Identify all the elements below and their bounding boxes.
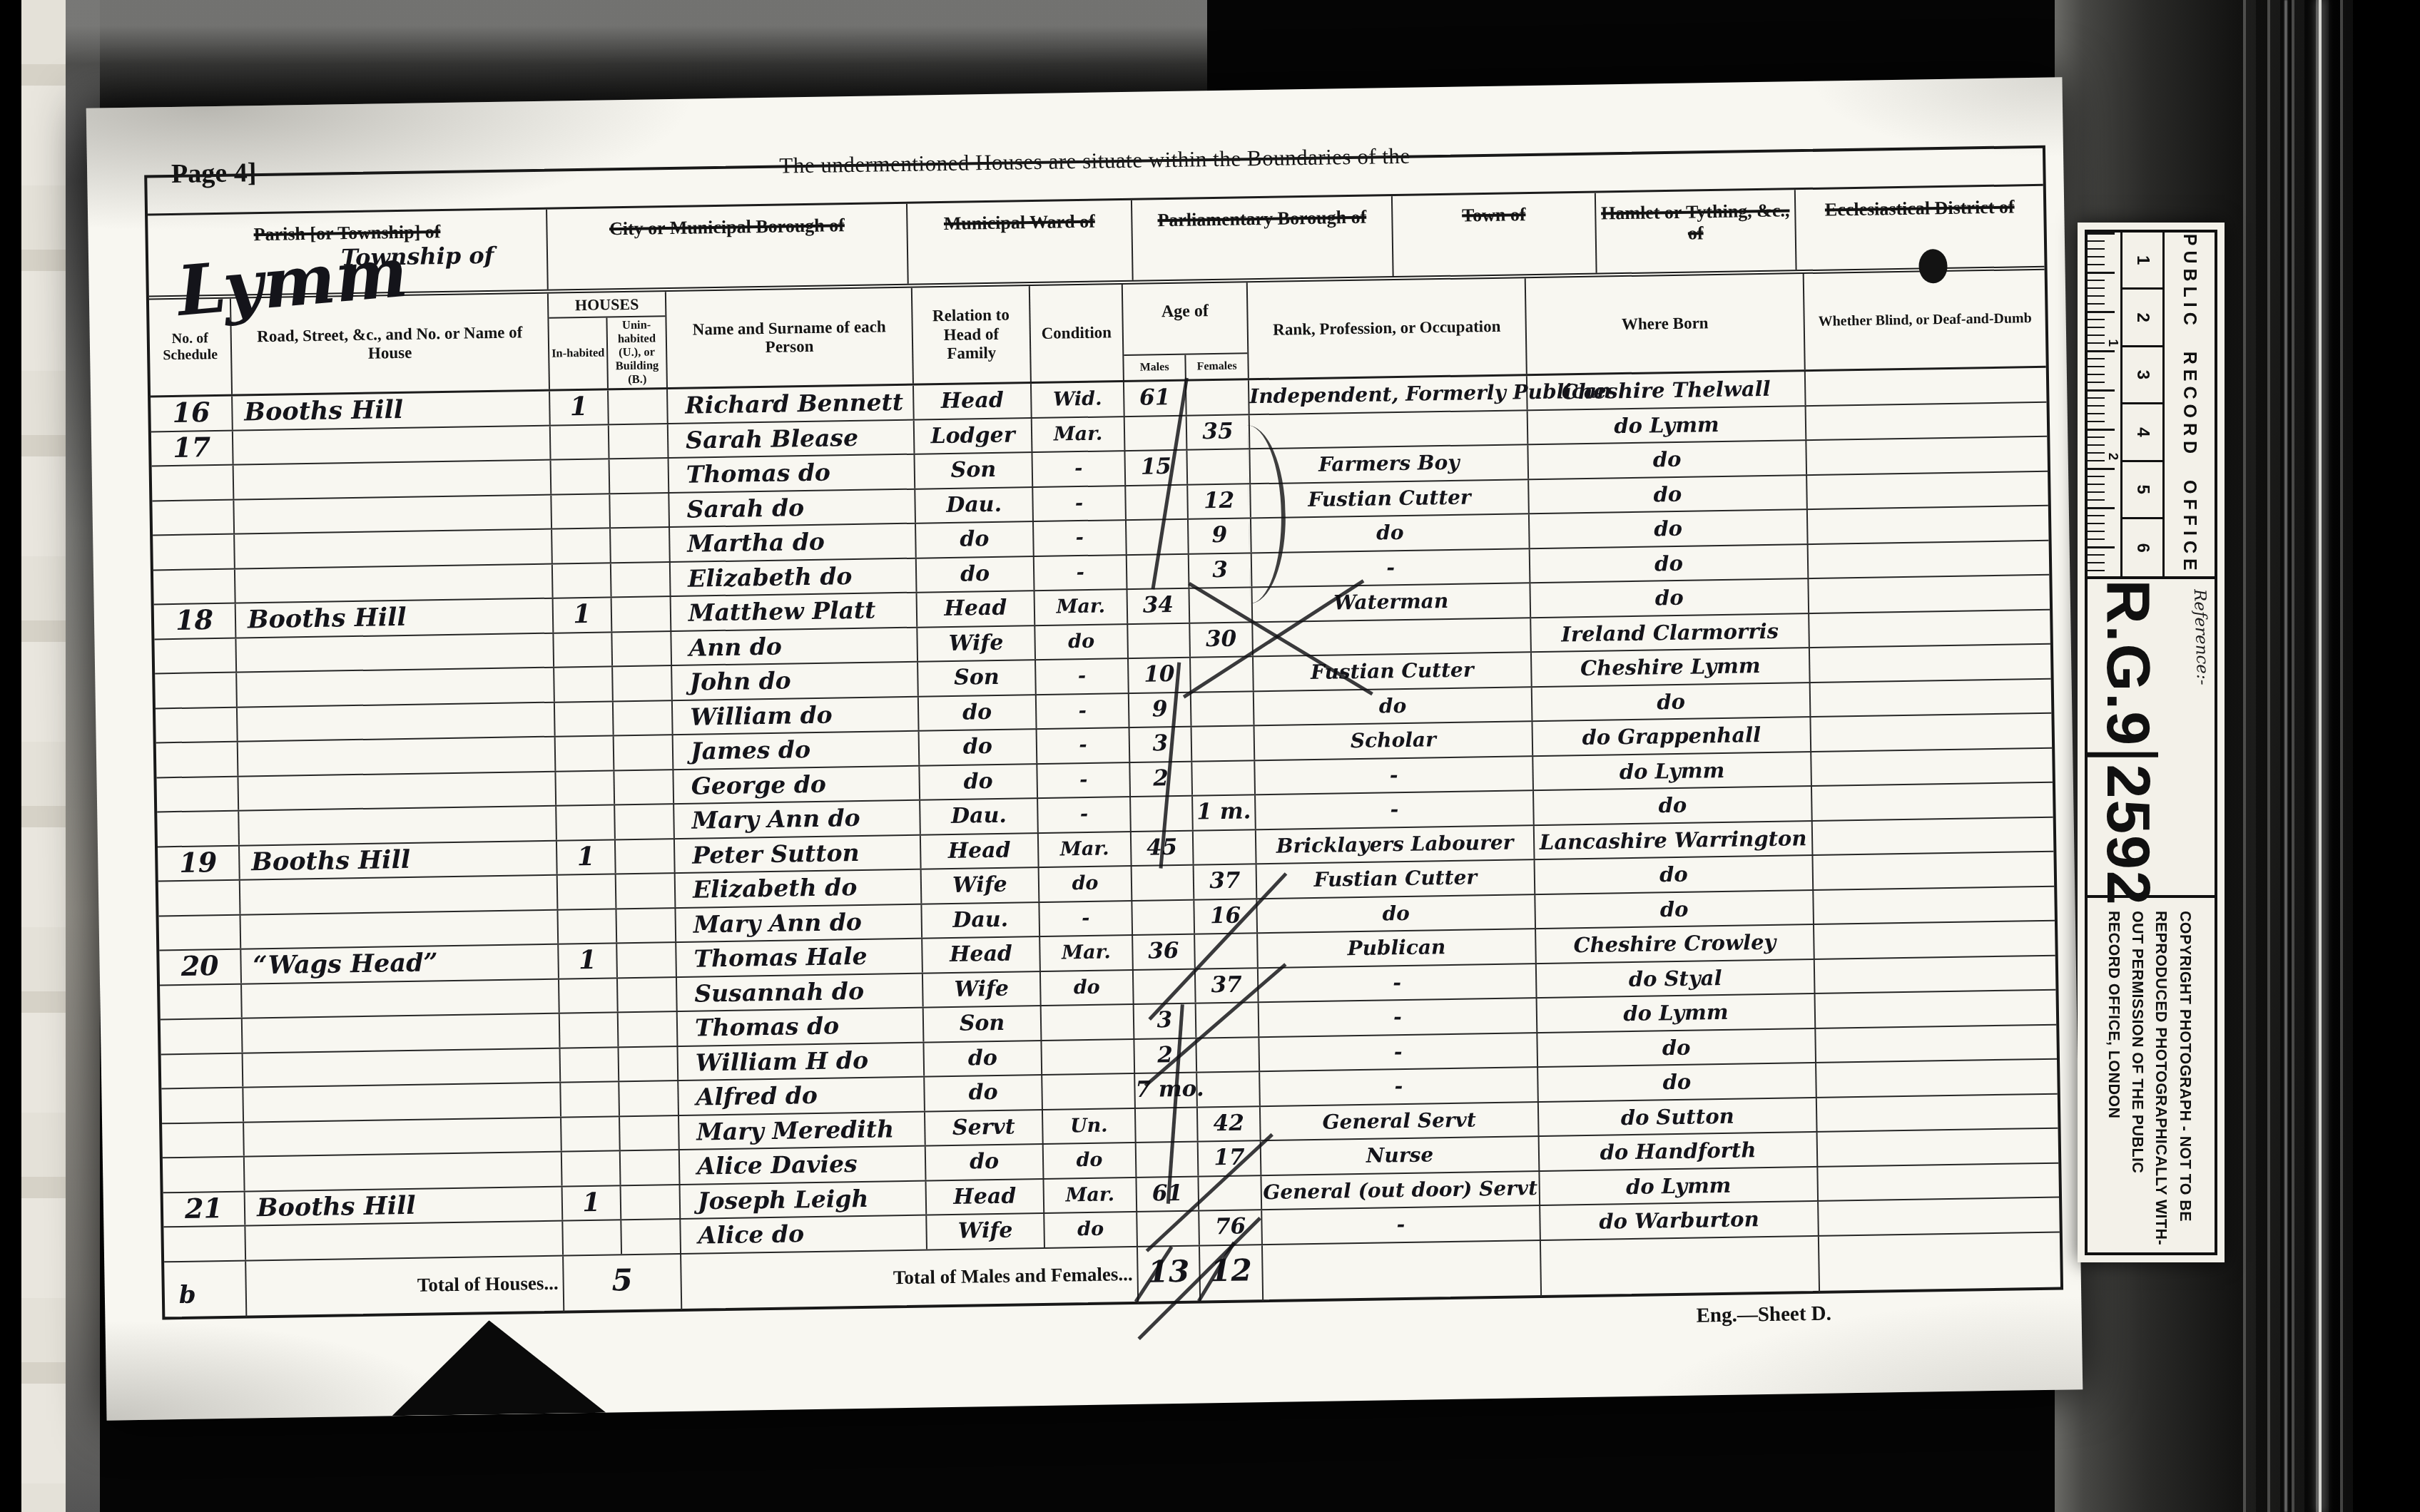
cell-age-female <box>1197 1072 1261 1106</box>
cell-age-male <box>1136 1108 1199 1142</box>
copyright-line: REPRODUCED PHOTOGRAPHICALLY WITH- <box>2149 911 2172 1245</box>
cell-age-male: 36 <box>1133 935 1196 969</box>
cell-schedule <box>158 881 241 915</box>
cell-schedule: 17 <box>151 431 234 465</box>
cell-condition: Un. <box>1043 1108 1137 1143</box>
ruler-number: 1 <box>2122 233 2162 290</box>
cell-age-male: 15 <box>1125 451 1188 485</box>
cell-road <box>235 530 553 568</box>
cell-where-born: do Styal <box>1537 959 1816 997</box>
cell-road <box>243 1048 561 1086</box>
cell-age-female <box>1196 1038 1260 1072</box>
cell-schedule <box>152 466 235 500</box>
cell-uninhabited <box>618 978 678 1012</box>
cell-name: Ann do <box>671 628 918 665</box>
cell-where-born: do Handforth <box>1540 1133 1819 1170</box>
cell-name: Alice do <box>681 1216 927 1253</box>
cell-age-female <box>1192 761 1256 795</box>
cell-age-female <box>1191 692 1255 726</box>
ruler-number: 2 <box>2122 290 2162 347</box>
cell-condition: - <box>1037 728 1131 763</box>
cell-age-male: 7 mo. <box>1135 1073 1198 1108</box>
cell-schedule <box>156 708 238 742</box>
cell-road <box>237 668 555 706</box>
cell-schedule <box>153 535 235 569</box>
cell-condition <box>1042 1039 1135 1074</box>
cell-occupation: - <box>1255 757 1534 795</box>
cell-blind <box>1810 645 2051 682</box>
cell-blind <box>1807 471 2048 509</box>
total-males-value: 13 <box>1138 1246 1201 1302</box>
cell-where-born: do <box>1535 856 1814 894</box>
reference-caption: Reference:- <box>2190 589 2212 685</box>
cell-condition: - <box>1036 659 1129 694</box>
cell-uninhabited <box>621 1150 681 1185</box>
cell-inhabited <box>556 771 615 805</box>
cell-condition: - <box>1034 556 1128 591</box>
cell-schedule <box>154 638 237 673</box>
cell-where-born: do <box>1534 787 1813 824</box>
cell-inhabited: 1 <box>550 390 609 424</box>
cell-occupation: do <box>1251 514 1530 552</box>
cell-age-female: 9 <box>1189 519 1252 553</box>
township-name-handwriting: Lymm <box>175 238 410 326</box>
cell-uninhabited <box>619 1081 679 1115</box>
cell-condition: do <box>1041 970 1134 1005</box>
cell-uninhabited <box>611 528 671 562</box>
cell-where-born: do Grappenhall <box>1532 717 1811 755</box>
cell-schedule <box>163 1227 246 1261</box>
cell-inhabited <box>554 633 613 667</box>
cell-inhabited <box>556 805 616 839</box>
cell-road <box>238 772 556 809</box>
cell-schedule <box>161 1088 244 1123</box>
cell-name: Peter Sutton <box>675 835 922 872</box>
cell-uninhabited <box>611 563 671 597</box>
header-name: Name and Surname of each Person <box>666 288 914 388</box>
cell-uninhabited <box>610 494 670 528</box>
cell-condition: Mar. <box>1035 590 1129 625</box>
cell-relation: Son <box>915 453 1033 488</box>
cell-schedule <box>152 500 235 534</box>
cell-road <box>238 737 556 775</box>
cell-uninhabited <box>616 874 676 908</box>
cell-occupation: - <box>1256 791 1535 829</box>
cell-relation: Lodger <box>915 419 1033 454</box>
cell-where-born: Ireland Clarmorris <box>1531 614 1810 652</box>
cell-schedule <box>153 569 236 603</box>
cell-name: Thomas do <box>669 455 916 492</box>
cell-uninhabited <box>609 424 669 459</box>
cell-where-born: Cheshire Thelwall <box>1527 372 1806 409</box>
cell-blind <box>1816 991 2057 1028</box>
cell-condition: - <box>1038 797 1132 832</box>
cell-road <box>242 979 560 1017</box>
cell-occupation: - <box>1260 1068 1539 1105</box>
cell-age-male <box>1132 866 1195 900</box>
microfilm-scan: { "film": { "label": { "office_name": "P… <box>0 0 2420 1512</box>
cell-road <box>238 703 556 740</box>
cell-schedule <box>155 673 238 708</box>
ruler-number: 5 <box>2122 462 2162 519</box>
cell-age-male: 34 <box>1128 589 1191 623</box>
cell-age-female <box>1194 830 1257 864</box>
cell-occupation: Publican <box>1258 929 1537 967</box>
cell-name: George do <box>673 766 920 803</box>
cell-occupation: Waterman <box>1252 583 1531 621</box>
cell-blind <box>1806 437 2048 474</box>
cell-blind <box>1818 1163 2059 1200</box>
cell-where-born: do <box>1528 441 1807 479</box>
district-parish: Parish [or Township] of Township of Lymm <box>148 210 549 296</box>
film-scratch-line <box>2319 0 2322 1512</box>
cell-name: William do <box>673 697 920 734</box>
cell-name: Thomas do <box>678 1008 925 1046</box>
cell-schedule: 20 <box>159 950 242 984</box>
cell-uninhabited <box>610 459 670 493</box>
cell-age-male: 3 <box>1134 1004 1197 1038</box>
cell-where-born: do <box>1530 510 1809 548</box>
cell-where-born: do <box>1532 683 1811 721</box>
cell-condition: Mar. <box>1032 417 1126 452</box>
cell-road <box>240 876 559 914</box>
cell-blind <box>1809 576 2050 613</box>
cell-schedule <box>159 915 242 949</box>
copyright-line: OUT PERMISSION OF THE PUBLIC <box>2125 911 2149 1245</box>
cell-occupation: Independent, Formerly Publican <box>1249 376 1528 414</box>
cell-where-born: do Lymm <box>1537 994 1816 1032</box>
cell-age-female <box>1186 380 1250 414</box>
cell-relation: Head <box>917 591 1036 626</box>
district-ward: Municipal Ward of <box>907 200 1134 284</box>
cell-schedule <box>163 1158 245 1192</box>
cell-age-male <box>1132 900 1195 934</box>
cell-age-male <box>1134 969 1196 1003</box>
cell-name: Sarah Blease <box>668 420 915 457</box>
cell-name: Richard Bennett <box>668 386 915 423</box>
cell-age-male: 2 <box>1130 762 1193 796</box>
film-scratch-streaks <box>2232 0 2360 1512</box>
district-borough: City or Municipal Borough of <box>547 204 909 290</box>
cell-inhabited: 1 <box>559 944 618 978</box>
district-hamlet: Hamlet or Tything, &c., of <box>1596 190 1797 272</box>
cell-where-born: do <box>1529 476 1808 514</box>
cell-blind <box>1808 506 2049 543</box>
total-houses-label: Total of Houses... <box>246 1256 564 1317</box>
cell-occupation: - <box>1259 998 1538 1036</box>
cell-occupation <box>1250 411 1529 449</box>
cell-road <box>239 807 557 844</box>
cell-occupation: - <box>1252 549 1531 587</box>
ruler-number: 6 <box>2122 519 2162 576</box>
cell-relation: Dau. <box>922 903 1040 938</box>
cell-inhabited <box>556 736 615 770</box>
district-town: Town of <box>1393 193 1597 276</box>
cell-occupation: Scholar <box>1255 722 1534 760</box>
cell-inhabited <box>559 979 619 1013</box>
cell-road: Booths Hill <box>236 599 554 637</box>
cell-schedule <box>156 777 239 811</box>
margin-mark: b <box>164 1261 247 1318</box>
cell-age-female: 12 <box>1188 484 1251 519</box>
cell-occupation: General Servt <box>1261 1103 1540 1140</box>
cell-where-born: do Lymm <box>1540 1167 1819 1205</box>
cell-occupation: Fustian Cutter <box>1254 653 1532 690</box>
cell-blind <box>1819 1198 2060 1235</box>
pro-label-content: PUBLIC RECORD OFFICE 123456 12 Reference… <box>2085 230 2217 1255</box>
header-uninhabited: Unin-habited (U.), or Building (B.) <box>607 317 666 388</box>
ruler-small-number: 2 <box>2105 453 2120 461</box>
cell-relation: Servt <box>925 1110 1044 1145</box>
cell-inhabited <box>561 1082 620 1116</box>
cell-age-male <box>1128 623 1191 658</box>
cell-relation: Dau. <box>915 488 1034 523</box>
cell-occupation: - <box>1262 1206 1541 1244</box>
cell-where-born: do <box>1535 890 1814 928</box>
cell-occupation: Fustian Cutter <box>1251 480 1530 518</box>
cell-road: Booths Hill <box>245 1187 564 1225</box>
ruler-cells: 123456 <box>2120 233 2165 576</box>
cell-relation: Son <box>924 1006 1042 1041</box>
cell-uninhabited <box>619 1012 678 1046</box>
header-blind: Whether Blind, or Deaf-and-Dumb <box>1804 270 2046 369</box>
cell-name: James do <box>673 732 920 769</box>
census-table: Parish [or Township] of Township of Lymm… <box>144 145 2063 1320</box>
total-females-value: 12 <box>1200 1245 1264 1302</box>
cell-blind <box>1806 402 2048 439</box>
cell-road <box>244 1118 562 1155</box>
cell-occupation: Farmers Boy <box>1250 445 1529 483</box>
cell-age-female: 35 <box>1187 415 1251 449</box>
cell-road <box>234 495 552 533</box>
cell-blind <box>1815 956 2056 993</box>
ruler-small-number: 1 <box>2105 339 2120 347</box>
cell-uninhabited <box>609 389 668 424</box>
cell-relation: do <box>924 1041 1042 1076</box>
cell-uninhabited <box>612 597 672 631</box>
cell-road <box>243 1083 561 1121</box>
cell-inhabited: 1 <box>554 598 613 632</box>
cell-condition: Wid. <box>1032 382 1125 417</box>
cell-uninhabited <box>621 1220 681 1254</box>
cell-inhabited <box>560 1013 619 1047</box>
cell-condition: Mar. <box>1039 832 1132 867</box>
total-males-females-label: Total of Males and Females... <box>681 1247 1139 1309</box>
cell-inhabited <box>551 425 610 459</box>
cell-schedule <box>161 1053 244 1088</box>
cell-age-female <box>1192 726 1256 760</box>
cell-blind <box>1816 1060 2058 1097</box>
copyright-text: COPYRIGHT PHOTOGRAPH - NOT TO BEREPRODUC… <box>2088 898 2215 1252</box>
header-age-females: Females <box>1186 354 1248 379</box>
cell-condition <box>1042 1074 1136 1109</box>
cell-inhabited <box>551 494 611 528</box>
cell-age-female: 3 <box>1189 553 1253 588</box>
cell-relation: Dau. <box>920 799 1039 834</box>
district-parliamentary: Parliamentary Borough of <box>1132 196 1394 280</box>
cell-blind <box>1814 921 2055 959</box>
ruler-number: 4 <box>2122 404 2162 461</box>
cell-relation: do <box>925 1076 1043 1110</box>
cell-condition: - <box>1034 521 1127 556</box>
cell-relation: Wife <box>922 868 1040 903</box>
cell-age-female: 76 <box>1199 1210 1263 1245</box>
cell-relation: Head <box>921 834 1039 869</box>
cell-age-male: 61 <box>1124 382 1187 416</box>
cell-inhabited: 1 <box>557 840 616 874</box>
cell-occupation: Bricklayers Labourer <box>1256 826 1535 864</box>
cell-schedule: 16 <box>151 397 233 431</box>
cell-uninhabited <box>615 804 675 839</box>
cell-occupation: - <box>1259 964 1537 1002</box>
cell-uninhabited <box>621 1185 681 1219</box>
cell-age-male: 9 <box>1129 693 1192 727</box>
header-age: Age of Males Females <box>1123 282 1249 380</box>
film-edge-black <box>0 0 21 1512</box>
cell-condition: do <box>1044 1212 1138 1247</box>
cell-inhabited <box>558 909 617 944</box>
header-inhabited: In-habited <box>549 318 609 389</box>
header-houses: HOUSES In-habited Unin-habited (U.), or … <box>549 292 668 389</box>
reference-number: R.G.9|2592 <box>2098 579 2159 895</box>
paper-tear <box>390 1319 606 1416</box>
cell-blind <box>1811 748 2053 785</box>
cell-inhabited <box>552 528 611 563</box>
cell-name: Matthew Platt <box>671 593 918 630</box>
cell-uninhabited <box>616 909 676 943</box>
cell-schedule <box>161 1019 243 1053</box>
cell-condition: - <box>1039 901 1133 936</box>
cell-occupation: General (out door) Servt <box>1261 1172 1540 1210</box>
cell-condition: do <box>1039 867 1133 901</box>
cell-inhabited <box>558 874 617 909</box>
cell-blind <box>1809 610 2050 647</box>
cell-occupation: Fustian Cutter <box>1257 860 1536 898</box>
cell-where-born: do <box>1530 545 1809 583</box>
film-edge-white-strip <box>21 0 66 1512</box>
cell-blind <box>1817 1094 2058 1131</box>
cell-relation: do <box>920 730 1038 765</box>
cell-relation: do <box>926 1145 1044 1180</box>
copyright-line: RECORD OFFICE, LONDON <box>2101 911 2125 1245</box>
cell-where-born: do Warburton <box>1540 1202 1819 1240</box>
cell-condition: - <box>1032 451 1126 486</box>
cell-road <box>245 1153 563 1190</box>
cell-where-born: Lancashire Warrington <box>1535 821 1814 859</box>
pro-reference-section: Reference:- R.G.9|2592 <box>2088 579 2215 898</box>
cell-uninhabited <box>617 943 677 977</box>
cell-road: “Wags Head” <box>241 945 559 983</box>
cell-condition: - <box>1037 694 1130 729</box>
cell-name: Thomas Hale <box>676 939 923 976</box>
cell-condition <box>1042 1005 1135 1040</box>
cell-where-born: do <box>1530 579 1809 617</box>
cell-relation: do <box>916 522 1034 557</box>
cell-road: Booths Hill <box>233 392 551 429</box>
cell-schedule: 21 <box>163 1192 246 1226</box>
cell-occupation: Nurse <box>1261 1137 1540 1175</box>
sheet-footer: Eng.—Sheet D. <box>1696 1302 1831 1328</box>
cell-relation: do <box>917 557 1035 592</box>
cell-where-born: do Lymm <box>1533 752 1812 790</box>
cell-relation: Son <box>918 660 1037 695</box>
header-relation: Relation to Head of Family <box>912 286 1032 384</box>
cell-inhabited <box>551 459 611 494</box>
cell-where-born: do <box>1537 1028 1816 1066</box>
cell-name: Alice Davies <box>680 1147 927 1184</box>
cell-condition: Mar. <box>1040 936 1134 971</box>
cell-occupation: - <box>1259 1033 1538 1071</box>
cell-age-male <box>1126 485 1189 519</box>
cell-road <box>245 1222 564 1260</box>
header-condition: Condition <box>1030 285 1124 382</box>
cell-blind <box>1818 1129 2059 1166</box>
cell-relation: Wife <box>923 971 1042 1006</box>
cell-relation: do <box>919 695 1037 730</box>
cell-road <box>234 461 552 499</box>
cell-blind <box>1811 714 2052 751</box>
cell-occupation: do <box>1257 895 1536 933</box>
cell-uninhabited <box>620 1115 680 1150</box>
cell-inhabited <box>554 667 614 701</box>
cell-road <box>235 564 554 602</box>
cell-name: Joseph Leigh <box>681 1181 927 1218</box>
cell-road <box>243 1014 561 1052</box>
pro-office-name: PUBLIC RECORD OFFICE <box>2165 233 2215 576</box>
cell-inhabited <box>553 563 612 598</box>
cell-age-female: 37 <box>1194 864 1258 899</box>
cell-schedule <box>157 812 240 846</box>
cell-inhabited <box>561 1048 620 1082</box>
cell-inhabited <box>563 1220 622 1255</box>
cell-relation: do <box>920 765 1038 800</box>
cell-schedule <box>156 742 239 777</box>
cell-where-born: do Sutton <box>1539 1098 1818 1135</box>
cell-schedule: 18 <box>154 604 237 638</box>
cell-condition: do <box>1044 1143 1137 1178</box>
cell-occupation: do <box>1254 688 1533 725</box>
cell-uninhabited <box>613 666 673 700</box>
cell-relation: Wife <box>917 626 1036 661</box>
cell-name: John do <box>672 663 919 700</box>
cell-name: Sarah do <box>669 489 916 526</box>
cell-road: Booths Hill <box>240 841 558 879</box>
copyright-line: COPYRIGHT PHOTOGRAPH - NOT TO BE <box>2172 911 2196 1245</box>
total-houses-value: 5 <box>564 1254 682 1312</box>
cell-age-male: 10 <box>1129 658 1191 693</box>
cell-blind <box>1812 783 2053 820</box>
cell-name: William H do <box>678 1043 925 1080</box>
cell-road <box>241 910 559 948</box>
cell-blind <box>1813 852 2054 889</box>
cell-blind <box>1814 887 2055 924</box>
cell-age-female: 42 <box>1198 1107 1261 1141</box>
header-occupation: Rank, Profession, or Occupation <box>1248 278 1527 378</box>
cell-condition: - <box>1033 486 1127 521</box>
header-where-born: Where Born <box>1526 274 1806 374</box>
ruler-ticks: 12 <box>2088 233 2120 576</box>
cell-uninhabited <box>612 632 672 666</box>
cell-blind <box>1806 368 2047 405</box>
cell-name: Mary Ann do <box>674 801 921 838</box>
cell-schedule <box>162 1123 245 1157</box>
cell-road <box>233 426 551 464</box>
cell-schedule: 19 <box>158 846 240 880</box>
ruler-number: 3 <box>2122 347 2162 404</box>
cell-age-female: 30 <box>1190 623 1254 657</box>
cell-uninhabited <box>616 839 676 874</box>
cell-uninhabited <box>614 735 674 770</box>
